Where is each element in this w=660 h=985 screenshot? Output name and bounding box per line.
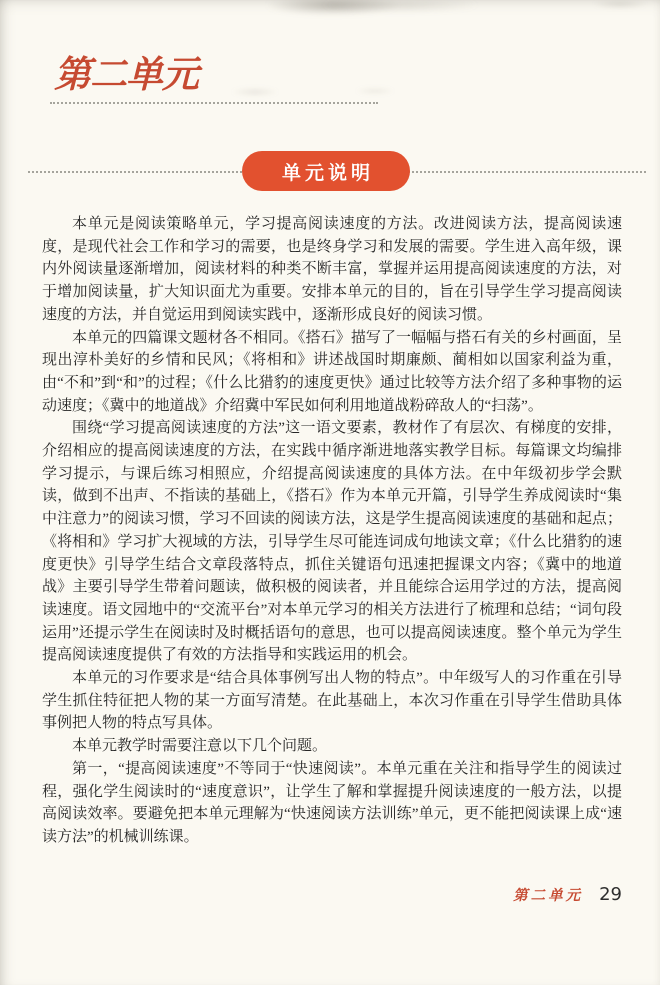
scan-smudge bbox=[300, 0, 500, 14]
body-text: 本单元是阅读策略单元，学习提高阅读速度的方法。改进阅读方法，提高阅读速度，是现代… bbox=[42, 213, 622, 849]
textbook-page: 第二单元 单元说明 本单元是阅读策略单元，学习提高阅读速度的方法。改进阅读方法，… bbox=[0, 0, 660, 985]
footer-unit-label: 第二单元 bbox=[513, 888, 583, 904]
paragraph-writing-requirement: 本单元的习作要求是“结合具体事例写出人物的特点”。中年级写人的习作重在引导学生抓… bbox=[42, 667, 622, 735]
section-banner-label: 单元说明 bbox=[278, 158, 374, 185]
scan-smudge bbox=[350, 86, 400, 96]
scan-smudge bbox=[585, 0, 655, 10]
unit-title: 第二单元 bbox=[54, 52, 198, 100]
paragraph-teaching-note-1: 第一，“提高阅读速度”不等同于“快速阅读”。本单元重在关注和指导学生的阅读过程，… bbox=[42, 758, 622, 849]
paragraph-method-arrangement: 围绕“学习提高阅读速度的方法”这一语文要素，教材作了有层次、有梯度的安排，介绍相… bbox=[42, 417, 622, 667]
paragraph-texts-overview: 本单元的四篇课文题材各不相同。《搭石》描写了一幅幅与搭石有关的乡村画面，呈现出淳… bbox=[42, 327, 622, 418]
page-footer: 第二单元29 bbox=[42, 884, 622, 905]
title-underline-divider bbox=[50, 102, 378, 104]
scan-smudge bbox=[225, 86, 285, 98]
section-banner-row: 单元说明 bbox=[0, 151, 660, 193]
section-banner: 单元说明 bbox=[242, 151, 410, 191]
paragraph-unit-overview: 本单元是阅读策略单元，学习提高阅读速度的方法。改进阅读方法，提高阅读速度，是现代… bbox=[42, 213, 622, 327]
scan-smudge bbox=[243, 0, 423, 18]
footer-page-number: 29 bbox=[599, 884, 622, 905]
paragraph-teaching-notes-intro: 本单元教学时需要注意以下几个问题。 bbox=[42, 735, 622, 758]
